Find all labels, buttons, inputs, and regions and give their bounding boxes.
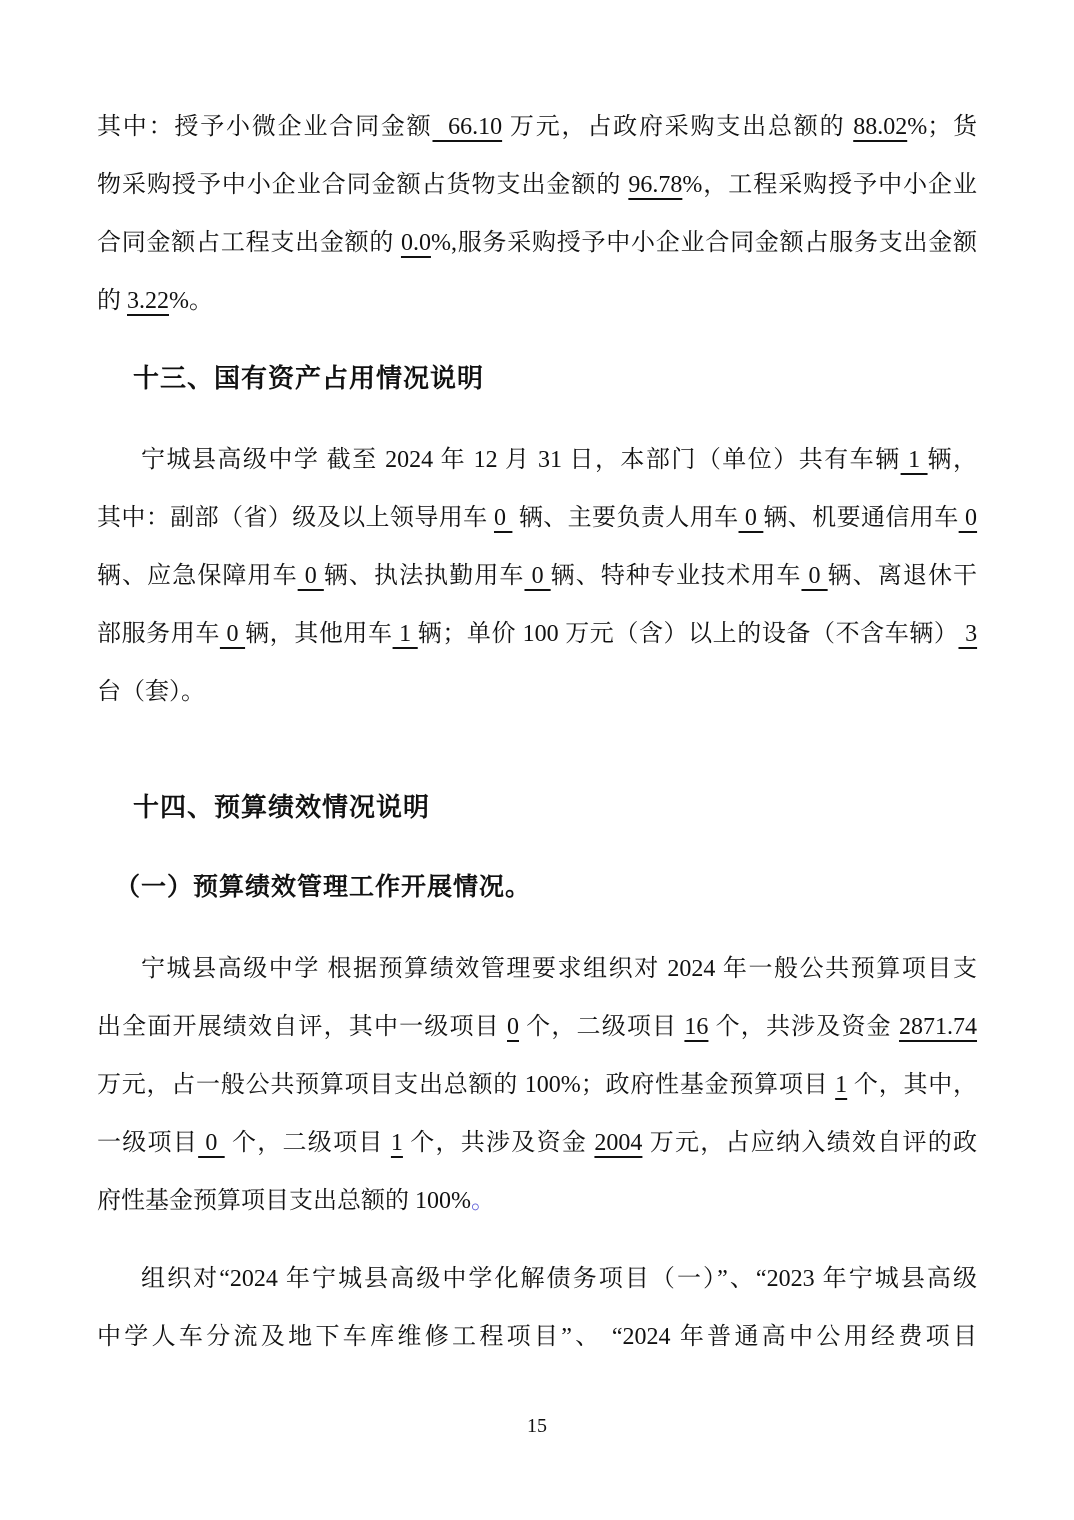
text-run: 个，其中， xyxy=(847,1072,977,1098)
underlined-value: 3 xyxy=(958,621,977,647)
text-run: 万元，占一般公共预算项目支出总额的 100%；政府性基金预算项目 xyxy=(97,1072,835,1098)
underlined-value: 3.22 xyxy=(127,288,169,314)
text-run: 个，共涉及资金 xyxy=(708,1014,899,1040)
text-run: 辆、执法执勤用车 xyxy=(324,563,525,589)
underlined-value: 66.10 xyxy=(432,114,502,140)
text-run: 宁城县高级中学 截至 2024 年 12 月 31 日，本部门（单位）共有车辆 xyxy=(141,447,901,473)
underlined-value: 1 xyxy=(393,621,418,647)
text-line: 府性基金预算项目支出总额的 100%。 xyxy=(97,1172,977,1230)
text-run: 其中：授予小微企业合同金额 xyxy=(97,114,432,140)
underlined-value: 1 xyxy=(835,1072,847,1098)
text-line: 万元，占一般公共预算项目支出总额的 100%；政府性基金预算项目 1 个，其中， xyxy=(97,1056,977,1114)
text-line: 宁城县高级中学 根据预算绩效管理要求组织对 2024 年一般公共预算项目支 xyxy=(97,940,977,998)
text-line: 中学人车分流及地下车库维修工程项目”、 “2024 年普通高中公用经费项目 xyxy=(97,1308,977,1366)
text-run: %；货 xyxy=(907,114,977,140)
text-line: 的 3.22%。 xyxy=(97,272,977,330)
heading-14: 十四、预算绩效情况说明 xyxy=(97,787,1013,827)
underlined-value: 0 xyxy=(801,563,827,589)
text-run: 其中：副部（省）级及以上领导用车 xyxy=(97,505,494,531)
text-run: 辆、应急保障用车 xyxy=(97,563,298,589)
para-smb-contracts: 其中：授予小微企业合同金额 66.10 万元，占政府采购支出总额的 88.02%… xyxy=(97,98,977,330)
text-run: 辆、离退休干 xyxy=(828,563,977,589)
underlined-value: 16 xyxy=(684,1014,708,1040)
page-number: 15 xyxy=(527,1415,547,1437)
text-line: 一级项目 0 个，二级项目 1 个，共涉及资金 2004 万元，占应纳入绩效自评… xyxy=(97,1114,977,1172)
text-line: 其中：授予小微企业合同金额 66.10 万元，占政府采购支出总额的 88.02%… xyxy=(97,98,977,156)
text-line: 其中：副部（省）级及以上领导用车 0 辆、主要负责人用车 0 辆、机要通信用车 … xyxy=(97,489,977,547)
text-run: 辆、主要负责人用车 xyxy=(512,505,738,531)
text-run: 台（套）。 xyxy=(97,679,205,705)
text-run: 组织对“2024 年宁城县高级中学化解债务项目（一）”、“2023 年宁城县高级 xyxy=(141,1266,977,1292)
text-line: 部服务用车 0 辆，其他用车 1 辆；单价 100 万元（含）以上的设备（不含车… xyxy=(97,605,977,663)
text-line: 出全面开展绩效自评，其中一级项目 0 个，二级项目 16 个，共涉及资金 287… xyxy=(97,998,977,1056)
text-run: 一级项目 xyxy=(97,1130,198,1156)
underlined-value: 88.02 xyxy=(853,114,907,140)
text-run: 辆；单价 100 万元（含）以上的设备（不含车辆） xyxy=(418,621,959,647)
text-run: 个，二级项目 xyxy=(225,1130,391,1156)
underlined-value: 0 xyxy=(198,1130,225,1156)
document-page: 其中：授予小微企业合同金额 66.10 万元，占政府采购支出总额的 88.02%… xyxy=(0,0,1074,1520)
underlined-value: 0 xyxy=(494,505,512,531)
text-run: 辆， xyxy=(928,447,977,473)
text-line: 台（套）。 xyxy=(97,663,977,721)
text-line: 辆、应急保障用车 0 辆、执法执勤用车 0 辆、特种专业技术用车 0 辆、离退休… xyxy=(97,547,977,605)
underlined-value: 1 xyxy=(391,1130,403,1156)
text-run: 宁城县高级中学 根据预算绩效管理要求组织对 2024 年一般公共预算项目支 xyxy=(141,956,977,982)
text-line: 宁城县高级中学 截至 2024 年 12 月 31 日，本部门（单位）共有车辆 … xyxy=(97,431,977,489)
para-assets: 宁城县高级中学 截至 2024 年 12 月 31 日，本部门（单位）共有车辆 … xyxy=(97,431,977,721)
underlined-value: 0 xyxy=(507,1014,519,1040)
underlined-value: 0 xyxy=(220,621,245,647)
text-line: 合同金额占工程支出金额的 0.0%,服务采购授予中小企业合同金额占服务支出金额 xyxy=(97,214,977,272)
text-line: 组织对“2024 年宁城县高级中学化解债务项目（一）”、“2023 年宁城县高级 xyxy=(97,1250,977,1308)
text-run: 辆、机要通信用车 xyxy=(763,505,958,531)
page-footer: 15 xyxy=(0,1412,1074,1440)
text-run: 。 xyxy=(471,1188,495,1214)
subheading-14-1: （一）预算绩效管理工作开展情况。 xyxy=(97,868,995,908)
underlined-value: 1 xyxy=(901,447,928,473)
text-run: %，工程采购授予中小企业 xyxy=(682,172,977,198)
underlined-value: 2004 xyxy=(594,1130,642,1156)
text-run: 个，共涉及资金 xyxy=(403,1130,595,1156)
underlined-value: 0 xyxy=(524,563,550,589)
underlined-value: 2871.74 xyxy=(899,1014,977,1040)
underlined-value: 96.78 xyxy=(628,172,682,198)
text-line: 物采购授予中小企业合同金额占货物支出金额的 96.78%，工程采购授予中小企业 xyxy=(97,156,977,214)
text-run: 合同金额占工程支出金额的 xyxy=(97,230,401,256)
text-run: %。 xyxy=(169,288,213,314)
underlined-value: 0 xyxy=(959,505,977,531)
text-run: 辆，其他用车 xyxy=(245,621,392,647)
heading-13: 十三、国有资产占用情况说明 xyxy=(97,358,1013,398)
underlined-value: 0 xyxy=(739,505,764,531)
para-projects: 组织对“2024 年宁城县高级中学化解债务项目（一）”、“2023 年宁城县高级… xyxy=(97,1250,977,1366)
underlined-value: 0 xyxy=(298,563,324,589)
text-run: 万元，占应纳入绩效自评的政 xyxy=(642,1130,977,1156)
text-run: 部服务用车 xyxy=(97,621,220,647)
text-run: %,服务采购授予中小企业合同金额占服务支出金额 xyxy=(431,230,977,256)
text-run: 的 xyxy=(97,288,127,314)
underlined-value: 0.0 xyxy=(401,230,431,256)
text-run: 万元，占政府采购支出总额的 xyxy=(502,114,853,140)
text-run: 出全面开展绩效自评，其中一级项目 xyxy=(97,1014,507,1040)
text-run: 辆、特种专业技术用车 xyxy=(551,563,802,589)
para-performance: 宁城县高级中学 根据预算绩效管理要求组织对 2024 年一般公共预算项目支出全面… xyxy=(97,940,977,1230)
text-run: 物采购授予中小企业合同金额占货物支出金额的 xyxy=(97,172,628,198)
text-run: 个，二级项目 xyxy=(519,1014,684,1040)
text-run: 府性基金预算项目支出总额的 100% xyxy=(97,1188,471,1214)
text-run: 中学人车分流及地下车库维修工程项目”、 “2024 年普通高中公用经费项目 xyxy=(97,1324,977,1350)
